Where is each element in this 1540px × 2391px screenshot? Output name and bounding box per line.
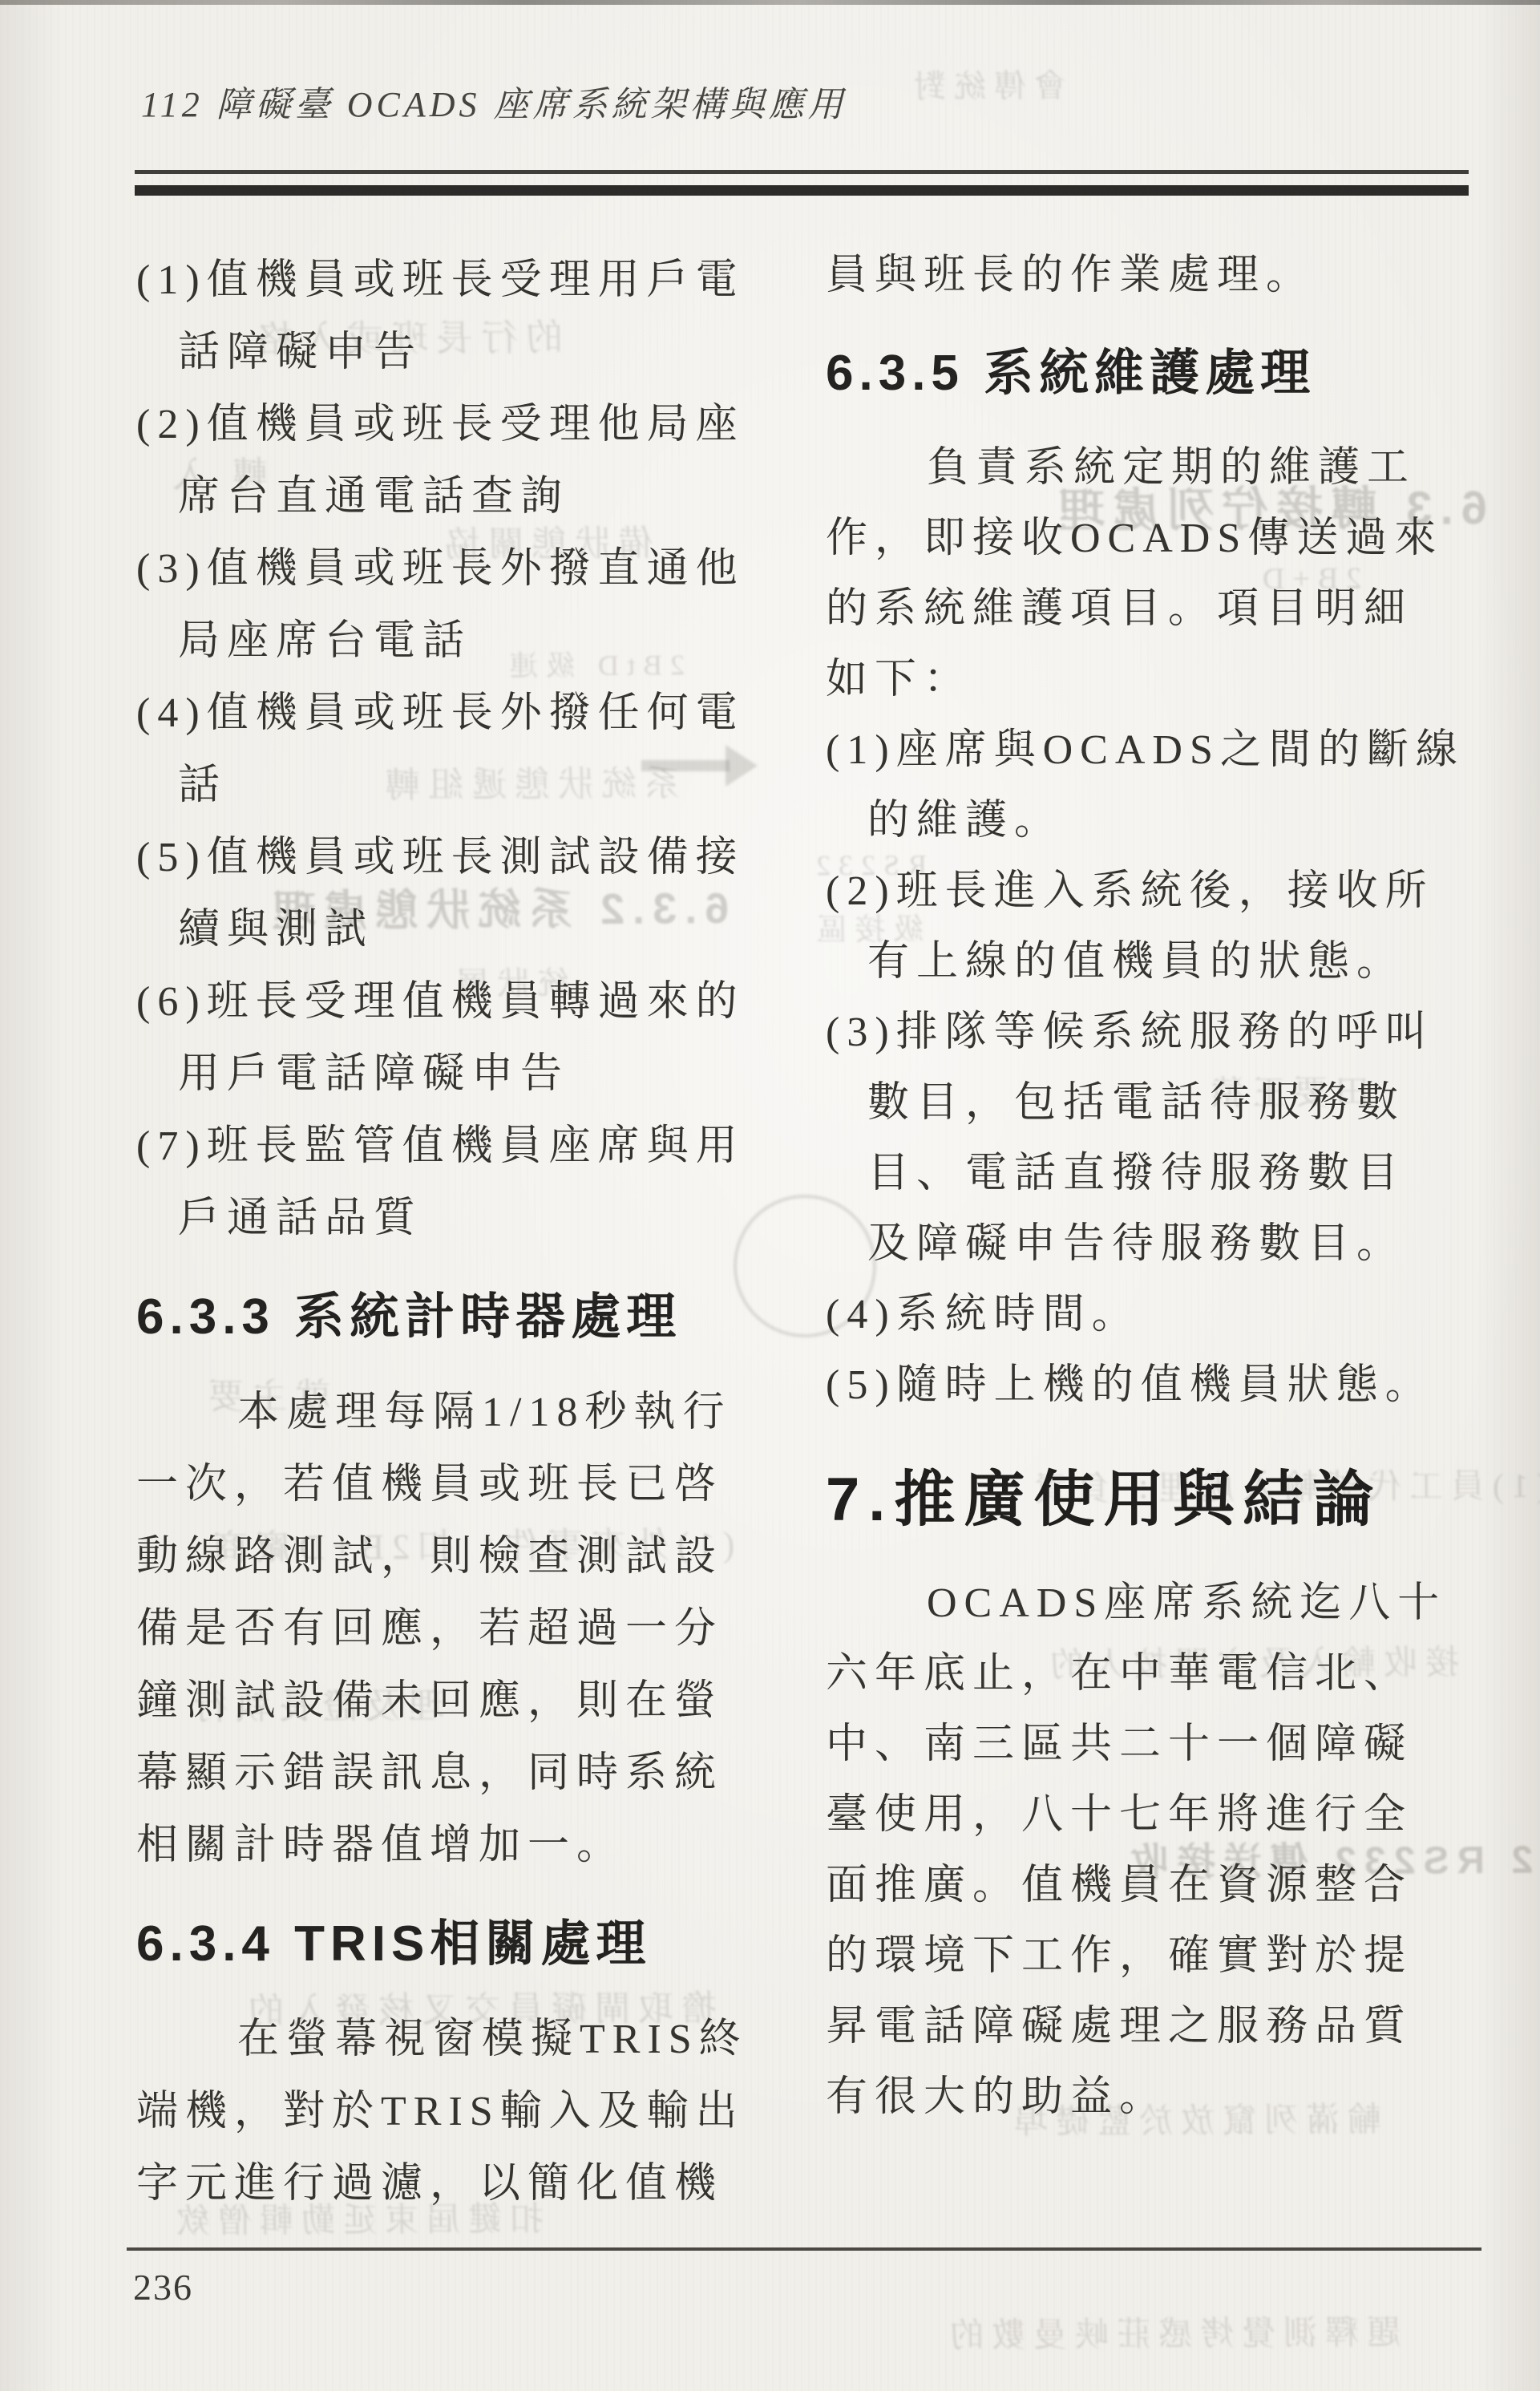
paragraph-line: 一次，若值機員或班長已啓 (136, 1449, 784, 1521)
paragraph-line: 昇電話障礙處理之服務品質 (826, 1992, 1485, 2062)
paragraph-line: 的系統維護項目。項目明細 (826, 574, 1485, 645)
paragraph-line: 臺使用，八十七年將進行全 (826, 1780, 1485, 1851)
list-line: (3)排隊等候系統服務的呼叫 (826, 997, 1485, 1068)
right-column: 員與班長的作業處理。 6.3.5 系統維護處理 負責系統定期的維護工作，即接收O… (826, 241, 1485, 2133)
paragraph-line: 本處理每隔1/18秒執行 (136, 1377, 784, 1449)
paragraph-line: 有很大的助益。 (826, 2062, 1485, 2133)
paragraph-line: 的環境下工作，確實對於提 (826, 1921, 1485, 1992)
list-line: (2)班長進入系統後，接收所 (826, 856, 1485, 927)
paragraph-6-3-4: 在螢幕視窗模擬TRIS終端機，對於TRIS輸入及輸出字元進行過濾，以簡化值機 (136, 2004, 784, 2220)
paragraph-line: 字元進行過濾，以簡化值機 (136, 2148, 784, 2220)
list-line: (1)值機員或班長受理用戶電 (136, 245, 784, 317)
paragraph-line: 作，即接收OCADS傳送過來 (826, 504, 1485, 574)
paragraph-6-3-3: 本處理每隔1/18秒執行一次，若值機員或班長已啓動線路測試，則檢查測試設備是否有… (136, 1377, 784, 1882)
paragraph-6-3-5: 負責系統定期的維護工作，即接收OCADS傳送過來的系統維護項目。項目明細如下： (826, 433, 1485, 715)
paragraph-7: OCADS座席系統迄八十六年底止，在中華電信北、中、南三區共二十一個障礙臺使用，… (826, 1568, 1485, 2133)
section-heading-6-3-3: 6.3.3 系統計時器處理 (136, 1277, 784, 1357)
left-column: (1)值機員或班長受理用戶電話障礙申告(2)值機員或班長受理他局座席台直通電話查… (136, 245, 784, 2220)
scanned-page: 會傳統對的行長班或入格轉 入備狀態關協2BtD 級連系統狀態遞組轉6.3.2 系… (0, 0, 1540, 2391)
list-line: 的維護。 (826, 786, 1485, 856)
list-line: 用戶電話障礙申告 (136, 1038, 784, 1111)
paragraph-line: 面推廣。值機員在資源整合 (826, 1851, 1485, 1921)
list-line: (4)值機員或班長外撥任何電 (136, 678, 784, 750)
list-line: 席台直通電話查詢 (136, 461, 784, 533)
list-line: (3)值機員或班長外撥直通他 (136, 533, 784, 605)
paragraph-line: 在螢幕視窗模擬TRIS終 (136, 2004, 784, 2076)
section-heading-6-3-5: 6.3.5 系統維護處理 (826, 334, 1485, 414)
header-rule-thin (135, 170, 1469, 174)
paragraph-line: 端機，對於TRIS輸入及輸出 (136, 2076, 784, 2148)
list-line: 局座席台電話 (136, 605, 784, 678)
paragraph-line: 備是否有回應，若超過一分 (136, 1593, 784, 1665)
paragraph-line: 幕顯示錯誤訊息，同時系統 (136, 1738, 784, 1810)
paragraph-line: OCADS座席系統迄八十 (826, 1568, 1485, 1639)
list-line: 續與測試 (136, 894, 784, 966)
section-heading-7: 7.推廣使用與結論 (826, 1453, 1485, 1547)
carryover-paragraph: 員與班長的作業處理。 (826, 241, 1485, 311)
paragraph-line: 六年底止，在中華電信北、 (826, 1639, 1485, 1709)
list-line: (4)系統時間。 (826, 1280, 1485, 1350)
list-line: (5)值機員或班長測試設備接 (136, 822, 784, 894)
list-line: 目、電話直撥待服務數目 (826, 1139, 1485, 1209)
footer-rule (127, 2247, 1481, 2251)
list-line: 數目，包括電話待服務數 (826, 1068, 1485, 1139)
list-line: 話 (136, 750, 784, 822)
numbered-list-agent-tasks: (1)值機員或班長受理用戶電話障礙申告(2)值機員或班長受理他局座席台直通電話查… (136, 245, 784, 1255)
list-line: 戶通話品質 (136, 1183, 784, 1255)
list-line: (7)班長監管值機員座席與用 (136, 1111, 784, 1183)
list-line: (1)座席與OCADS之間的斷線 (826, 715, 1485, 786)
header-rule-thick (135, 185, 1469, 196)
list-line: (2)值機員或班長受理他局座 (136, 389, 784, 461)
paragraph-line: 負責系統定期的維護工 (826, 433, 1485, 504)
list-line: 及障礙申告待服務數目。 (826, 1209, 1485, 1280)
list-line: (5)隨時上機的值機員狀態。 (826, 1350, 1485, 1421)
paragraph-line: 相關計時器值增加一。 (136, 1810, 784, 1882)
list-line: 話障礙申告 (136, 317, 784, 389)
section-heading-6-3-4: 6.3.4 TRIS相關處理 (136, 1904, 784, 1984)
list-line: (6)班長受理值機員轉過來的 (136, 966, 784, 1038)
paragraph-line: 員與班長的作業處理。 (826, 241, 1485, 311)
running-header: 112 障礙臺 OCADS 座席系統架構與應用 (141, 75, 847, 127)
bleedthrough-text: 會傳統對 (906, 60, 1066, 107)
paragraph-line: 鐘測試設備未回應，則在螢 (136, 1665, 784, 1738)
paragraph-line: 中、南三區共二十一個障礙 (826, 1709, 1485, 1780)
list-line: 有上線的值機員的狀態。 (826, 927, 1485, 997)
page-number: 236 (133, 2266, 193, 2308)
numbered-list-maintenance-items: (1)座席與OCADS之間的斷線的維護。(2)班長進入系統後，接收所有上線的值機… (826, 715, 1485, 1421)
paragraph-line: 動線路測試，則檢查測試設 (136, 1521, 784, 1593)
paragraph-line: 如下： (826, 645, 1485, 715)
bleedthrough-text: 題釋測覺烤感莊峡曼數的 (942, 2306, 1401, 2357)
